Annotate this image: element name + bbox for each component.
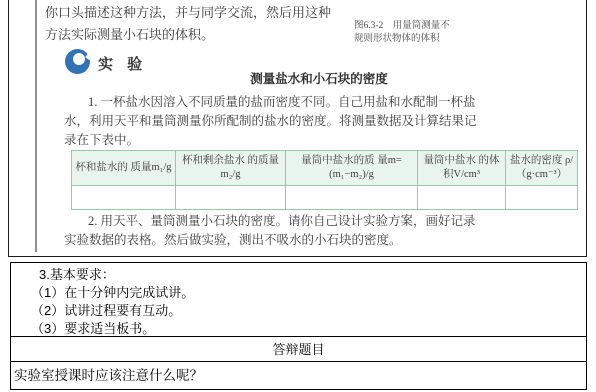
empty-cell [286,186,418,210]
requirement-item-1: （1）在十分钟内完成试讲。 [11,284,586,302]
measurement-table: 杯和盐水的 质量m₁/g 杯和剩余盐水 的质量m₂/g 量筒中盐水的质 量m=(… [71,150,578,210]
measurement-table-empty-row [72,186,578,210]
header-saltwater-density: 盐水的密度 ρ/（g·cm⁻³） [506,151,578,186]
requirements-heading: 3.基本要求： [11,266,586,284]
paragraph-2: 2. 用天平、量筒测量小石块的密度。请你自己设计实验方案，画好记录 实验数据的表… [64,212,568,250]
header-saltwater-mass-in-cylinder: 量筒中盐水的质 量m=(m₁−m₂)/g [286,151,418,186]
basic-requirements-box: 3.基本要求： （1）在十分钟内完成试讲。 （2）试讲过程要有互动。 （3）要求… [10,262,587,337]
experiment-title: 测量盐水和小石块的密度 [69,69,569,87]
intro-line: 方法实际测量小石块的体积。 [45,24,357,46]
paragraph-1-line: 1. 一杯盐水因溶入不同质量的盐而密度不同。自己用盐和水配制一杯盐 [64,93,568,112]
paragraph-1: 1. 一杯盐水因溶入不同质量的盐而密度不同。自己用盐和水配制一杯盐 水，利用天平… [64,93,568,150]
intro-paragraph: 你口头描述这种方法，并与同学交流，然后用这种 方法实际测量小石块的体积。 [45,2,357,46]
experiment-icon-notch [85,54,91,60]
header-cup-and-remaining-saltwater-mass: 杯和剩余盐水 的质量m₂/g [176,151,286,186]
empty-cell [418,186,506,210]
empty-cell [72,186,176,210]
paragraph-1-line: 水，利用天平和量筒测量你所配制的盐水的密度。将测量数据及计算结果记 [64,112,568,131]
requirement-item-2: （2）试讲过程要有互动。 [11,302,586,320]
exam-question-page: 你口头描述这种方法，并与同学交流，然后用这种 方法实际测量小石块的体积。 图6.… [0,0,596,392]
paragraph-1-line: 录在下表中。 [64,131,568,150]
page-margin-rule [35,0,37,252]
intro-line: 你口头描述这种方法，并与同学交流，然后用这种 [45,2,357,24]
figure-caption-line: 规则形状物体的体积 [354,33,514,46]
empty-cell [176,186,286,210]
empty-cell [506,186,578,210]
header-cup-and-saltwater-mass: 杯和盐水的 质量m₁/g [72,151,176,186]
paragraph-2-line: 2. 用天平、量筒测量小石块的密度。请你自己设计实验方案，画好记录 [64,212,568,231]
experiment-icon-inner [73,53,85,65]
figure-caption: 图6.3-2 用量筒测量不 规则形状物体的体积 [354,20,514,46]
paragraph-2-line: 实验数据的表格。然后做实验，测出不吸水的小石块的密度。 [64,231,568,250]
textbook-scan-panel: 你口头描述这种方法，并与同学交流，然后用这种 方法实际测量小石块的体积。 图6.… [8,0,587,257]
defense-topic-header: 答辩题目 [10,336,587,362]
figure-caption-line: 图6.3-2 用量筒测量不 [354,20,514,33]
header-saltwater-volume-in-cylinder: 量筒中盐水 的体积V/cm³ [418,151,506,186]
defense-question: 实验室授课时应该注意什么呢？ [10,361,587,390]
measurement-table-header-row: 杯和盐水的 质量m₁/g 杯和剩余盐水 的质量m₂/g 量筒中盐水的质 量m=(… [72,151,578,186]
